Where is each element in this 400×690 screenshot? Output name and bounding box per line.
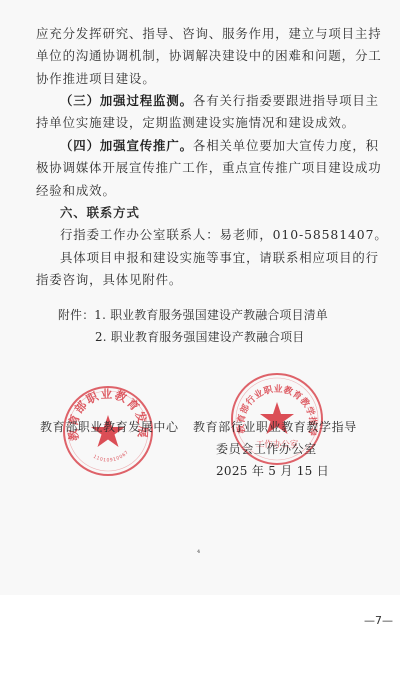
attachment-1: 附件：1. 职业教育服务强国建设产教融合项目清单 [58, 307, 328, 323]
page-number: —7— [364, 614, 393, 627]
right-signature-org-line1: 教育部行业职业教育教学指导 [193, 418, 357, 435]
section-3-title: （三）加强过程监测。 [60, 93, 193, 108]
section-4-text: 各相关单位要加大宣传力度，积 [193, 138, 379, 153]
section-3-line: （三）加强过程监测。各有关行指委要跟进指导项目主 [60, 93, 379, 109]
section-4-line: （四）加强宣传推广。各相关单位要加大宣传力度，积 [60, 138, 379, 154]
signature-date: 2025 年 5 月 15 日 [216, 462, 329, 479]
scanned-page [0, 0, 400, 595]
left-signature-org: 教育部职业教育发展中心 [40, 418, 179, 435]
contact-line: 行指委工作办公室联系人：易老师，010-58581407。 [60, 227, 388, 243]
section-4-line3: 经验和成效。 [36, 183, 116, 199]
right-signature-org-line2: 委员会工作办公室 [216, 440, 317, 457]
section-3-line2: 持单位实施建设，定期监测建设实施情况和建设成效。 [36, 115, 355, 131]
section-6-heading: 六、联系方式 [60, 205, 140, 221]
section-4-line2: 极协调媒体开展宣传推广工作，重点宣传推广项目建设成功 [36, 160, 382, 176]
attachment-2: 2. 职业教育服务强国建设产教融合项目 [95, 329, 304, 345]
attachment-label: 附件： [58, 308, 94, 322]
note-line2: 指委咨询，具体见附件。 [36, 272, 182, 288]
note-line: 具体项目申报和建设实施等事宜，请联系相应项目的行 [60, 250, 379, 266]
section-3-text: 各有关行指委要跟进指导项目主 [193, 93, 379, 108]
body-line: 应充分发挥研究、指导、咨询、服务作用，建立与项目主持 [36, 26, 382, 42]
scan-mark: 4 [197, 549, 200, 555]
body-line: 单位的沟通协调机制，协调解决建设中的困难和问题，分工 [36, 48, 382, 64]
body-line: 协作推进项目建设。 [36, 71, 156, 87]
section-4-title: （四）加强宣传推广。 [60, 138, 193, 153]
